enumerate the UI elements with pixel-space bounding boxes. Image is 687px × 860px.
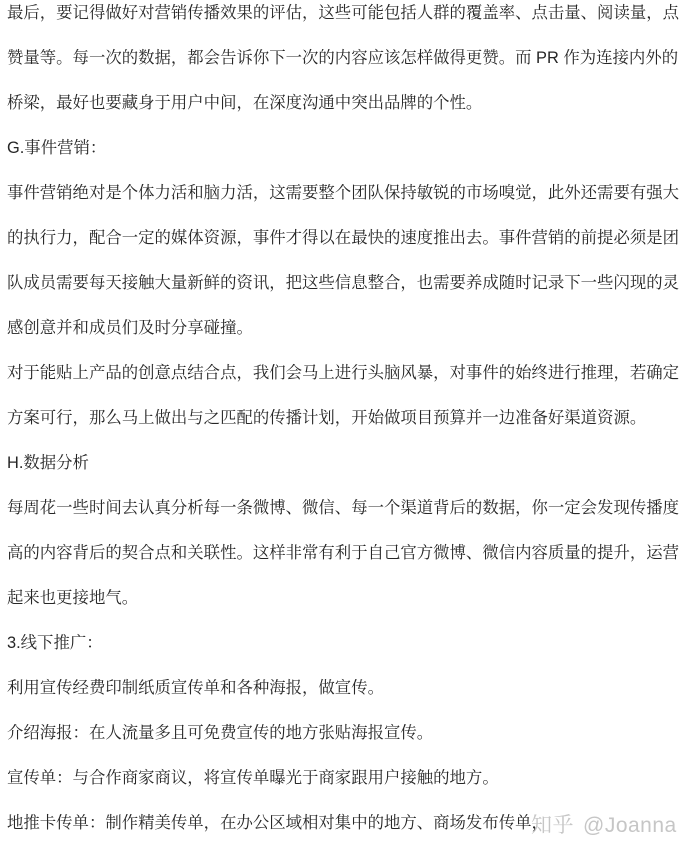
section-heading-event-marketing: G.事件营销：	[7, 126, 687, 171]
document-page: 知乎@Joanna 最后，要记得做好对营销传播效果的评估，这些可能包括人群的覆盖…	[0, 0, 687, 860]
text-line: 赞量等。每一次的数据，都会告诉你下一次的内容应该怎样做得更赞。而 PR 作为连接…	[7, 36, 687, 81]
text-line: 地推卡传单：制作精美传单，在办公区域相对集中的地方、商场发布传单，	[7, 801, 687, 846]
text-line: 每周花一些时间去认真分析每一条微博、微信、每一个渠道背后的数据，你一定会发现传播…	[7, 486, 687, 531]
text-line: 方案可行，那么马上做出与之匹配的传播计划，开始做项目预算并一边准备好渠道资源。	[7, 396, 687, 441]
text-line: 对于能贴上产品的创意点结合点，我们会马上进行头脑风暴，对事件的始终进行推理，若确…	[7, 351, 687, 396]
section-heading-offline-promotion: 3.线下推广：	[7, 621, 687, 666]
text-line: 事件营销绝对是个体力活和脑力活，这需要整个团队保持敏锐的市场嗅觉，此外还需要有强…	[7, 171, 687, 216]
text-line: 起来也更接地气。	[7, 576, 687, 621]
text-line: 介绍海报：在人流量多且可免费宣传的地方张贴海报宣传。	[7, 711, 687, 756]
text-line: 的执行力，配合一定的媒体资源，事件才得以在最快的速度推出去。事件营销的前提必须是…	[7, 216, 687, 261]
article-text: 最后，要记得做好对营销传播效果的评估，这些可能包括人群的覆盖率、点击量、阅读量，…	[7, 0, 687, 846]
text-line: 队成员需要每天接触大量新鲜的资讯，把这些信息整合，也需要养成随时记录下一些闪现的…	[7, 261, 687, 306]
text-line: 最后，要记得做好对营销传播效果的评估，这些可能包括人群的覆盖率、点击量、阅读量，…	[7, 0, 687, 36]
text-line: 利用宣传经费印制纸质宣传单和各种海报，做宣传。	[7, 666, 687, 711]
text-line: 桥梁，最好也要藏身于用户中间，在深度沟通中突出品牌的个性。	[7, 81, 687, 126]
section-heading-data-analysis: H.数据分析	[7, 441, 687, 486]
text-line: 宣传单：与合作商家商议，将宣传单曝光于商家跟用户接触的地方。	[7, 756, 687, 801]
text-line: 感创意并和成员们及时分享碰撞。	[7, 306, 687, 351]
text-line: 高的内容背后的契合点和关联性。这样非常有利于自己官方微博、微信内容质量的提升，运…	[7, 531, 687, 576]
